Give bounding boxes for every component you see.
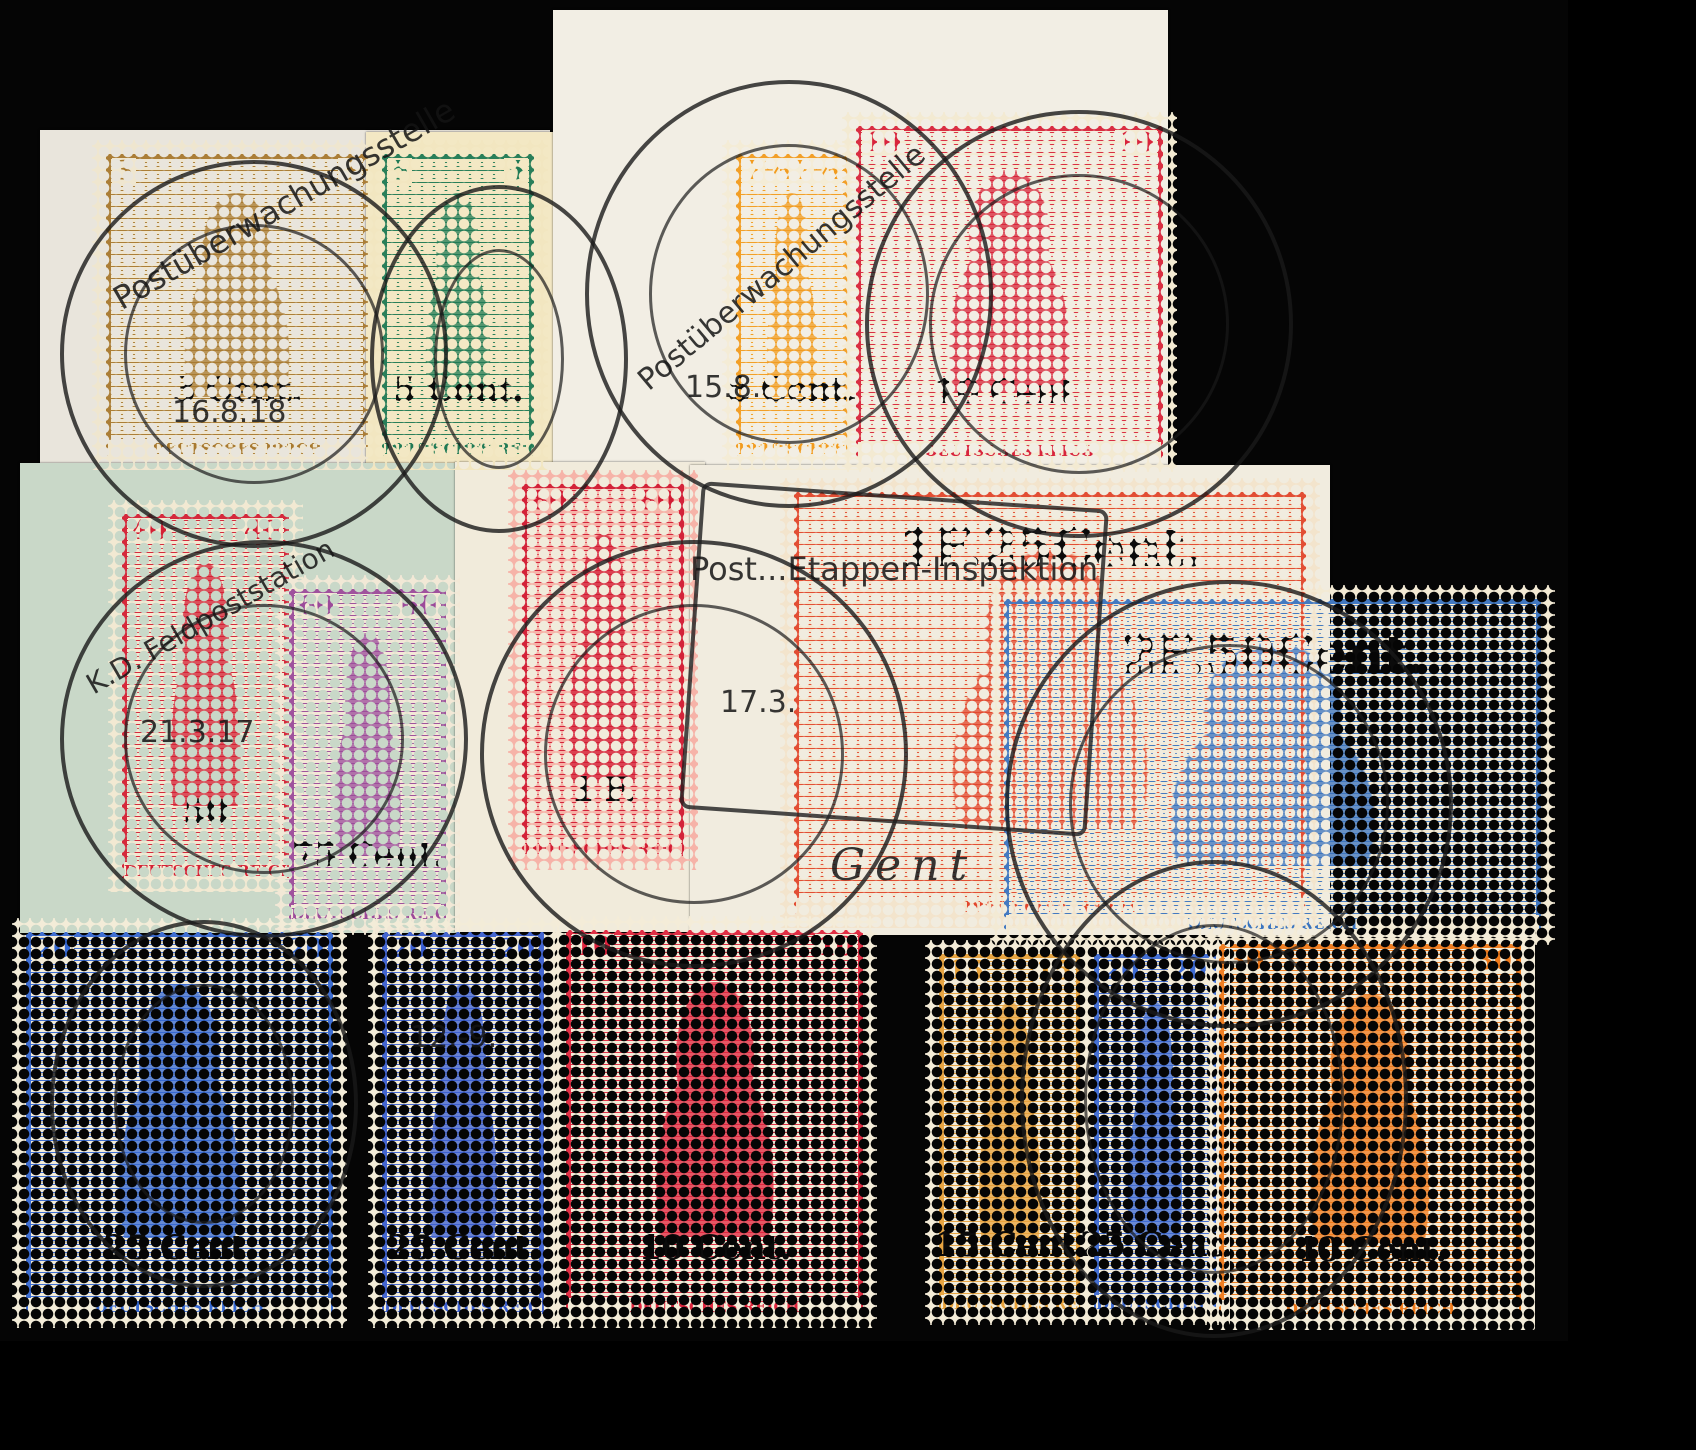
stamp-country: DEUTSCHES REICH (858, 442, 1161, 460)
stamp-value: 7½ (791, 158, 842, 184)
stamp: 6060DEUTSCHES REICH75 Cent. (275, 575, 460, 935)
stamp-country: DEUTSCHES REICH (1221, 1300, 1519, 1318)
stamp-overprint: 10 Cent. (842, 372, 1177, 412)
stamp-value: 60 (398, 593, 440, 619)
stamp-value: 10 (1115, 130, 1157, 156)
germania-figure (1113, 1002, 1197, 1241)
postmark-date: 12.-9. (410, 1020, 497, 1055)
stamp-overprint: 75 Cent. (275, 835, 460, 875)
stamp-country: DEUTSCHES REICH (568, 1298, 861, 1316)
postmark-date: 16.8.18 (172, 395, 287, 430)
stamp-value: 7½ (742, 158, 793, 184)
stamp-country: DEUTSCHES REICH (1096, 1295, 1214, 1313)
stamp-value: 40 (128, 518, 170, 544)
stamp-value: 10 (572, 934, 614, 960)
stamp-value: 15 (945, 958, 987, 984)
stamp-value: 20 (1100, 958, 1142, 984)
stamp-value: 20 (496, 936, 538, 962)
stamp-value: 15 (1033, 958, 1075, 984)
stamp-value: 30 (1225, 948, 1267, 974)
stamp-value: 80 (528, 488, 570, 514)
stamp: 3030DEUTSCHES REICH40 Cent. (1205, 930, 1535, 1330)
germania-figure (916, 170, 1104, 393)
germania-figure (86, 984, 274, 1238)
germania-figure (316, 633, 420, 856)
stamp-overprint: 5 Cent. (368, 370, 548, 410)
stamp: 2020DEUTSCHES REICH25 Cent. (12, 918, 347, 1328)
stamp: 8080DEUTSCHES REICH1 F. (508, 470, 698, 870)
stamp: 1010DEUTSCHES REICH10 Cent. (552, 916, 877, 1328)
stamp: 2020DEUTSCHES REICH25 Cent. (368, 918, 558, 1328)
stamp-value: 20 (32, 936, 74, 962)
stamp-country: DEUTSCHES REICH (384, 1298, 542, 1316)
handwritten-note: Gent (830, 840, 977, 891)
stamp-country: DEUTSCHES REICH (738, 440, 846, 458)
postmark-date: 15.8. (685, 370, 761, 405)
stamp-overprint: 25 Cent. (368, 1228, 558, 1268)
stamp-overprint: 50 (108, 792, 303, 832)
stamp-overprint: 40 Cent. (1205, 1230, 1535, 1270)
stamp-value: 40 (241, 518, 283, 544)
stamp-overprint: 1 F. (508, 770, 698, 810)
stamp-country: DEUTSCHES REICH (108, 440, 366, 458)
stamp-lot-photo: 33DEUTSCHES REICH3 Cent. 55DEUTSCHES REI… (0, 0, 1568, 1341)
box-cancel (679, 481, 1109, 837)
germania-figure (1278, 994, 1463, 1242)
germania-figure (408, 193, 509, 398)
stamp-overprint: 25 Cent. (12, 1228, 347, 1268)
stamp-country: DEUTSCHES REICH (524, 840, 682, 858)
stamp-overprint: 15 Cent. (925, 1225, 1095, 1265)
stamp-country: DEUTSCHES REICH (124, 862, 287, 880)
stamp-value: 5 (504, 158, 528, 184)
germania-figure (550, 534, 656, 782)
stamp-value: 20 (1168, 958, 1210, 984)
postmark-text: Post...Etappen-Inspektion (690, 550, 1098, 588)
stamp-value: 20 (285, 936, 327, 962)
postmark-date: 21.3.17 (140, 715, 255, 750)
germania-figure (962, 1002, 1057, 1241)
stamp-value: 30 (1473, 948, 1515, 974)
stamp-value: 20 (388, 936, 430, 962)
stamp-country: DEUTSCHES REICH (941, 1295, 1079, 1313)
stamp: 55DEUTSCHES REICH5 Cent. (368, 140, 548, 470)
stamp: 1515DEUTSCHES REICH15 Cent. (925, 940, 1095, 1325)
stamp-value: 60 (295, 593, 337, 619)
germania-figure (624, 982, 806, 1237)
stamp-value: 3 (112, 158, 136, 184)
stamp-value: 10 (815, 934, 857, 960)
stamp-overprint: 10 Cent. (552, 1228, 877, 1268)
stamp-country: DEUTSCHES REICH (28, 1298, 331, 1316)
stamp-value: 80 (636, 488, 678, 514)
stamp: 4040DEUTSCHES REICH50 (108, 500, 303, 892)
postmark-date: 17.3. (720, 685, 796, 720)
stamp-country: DEUTSCHES REICH (384, 440, 532, 458)
